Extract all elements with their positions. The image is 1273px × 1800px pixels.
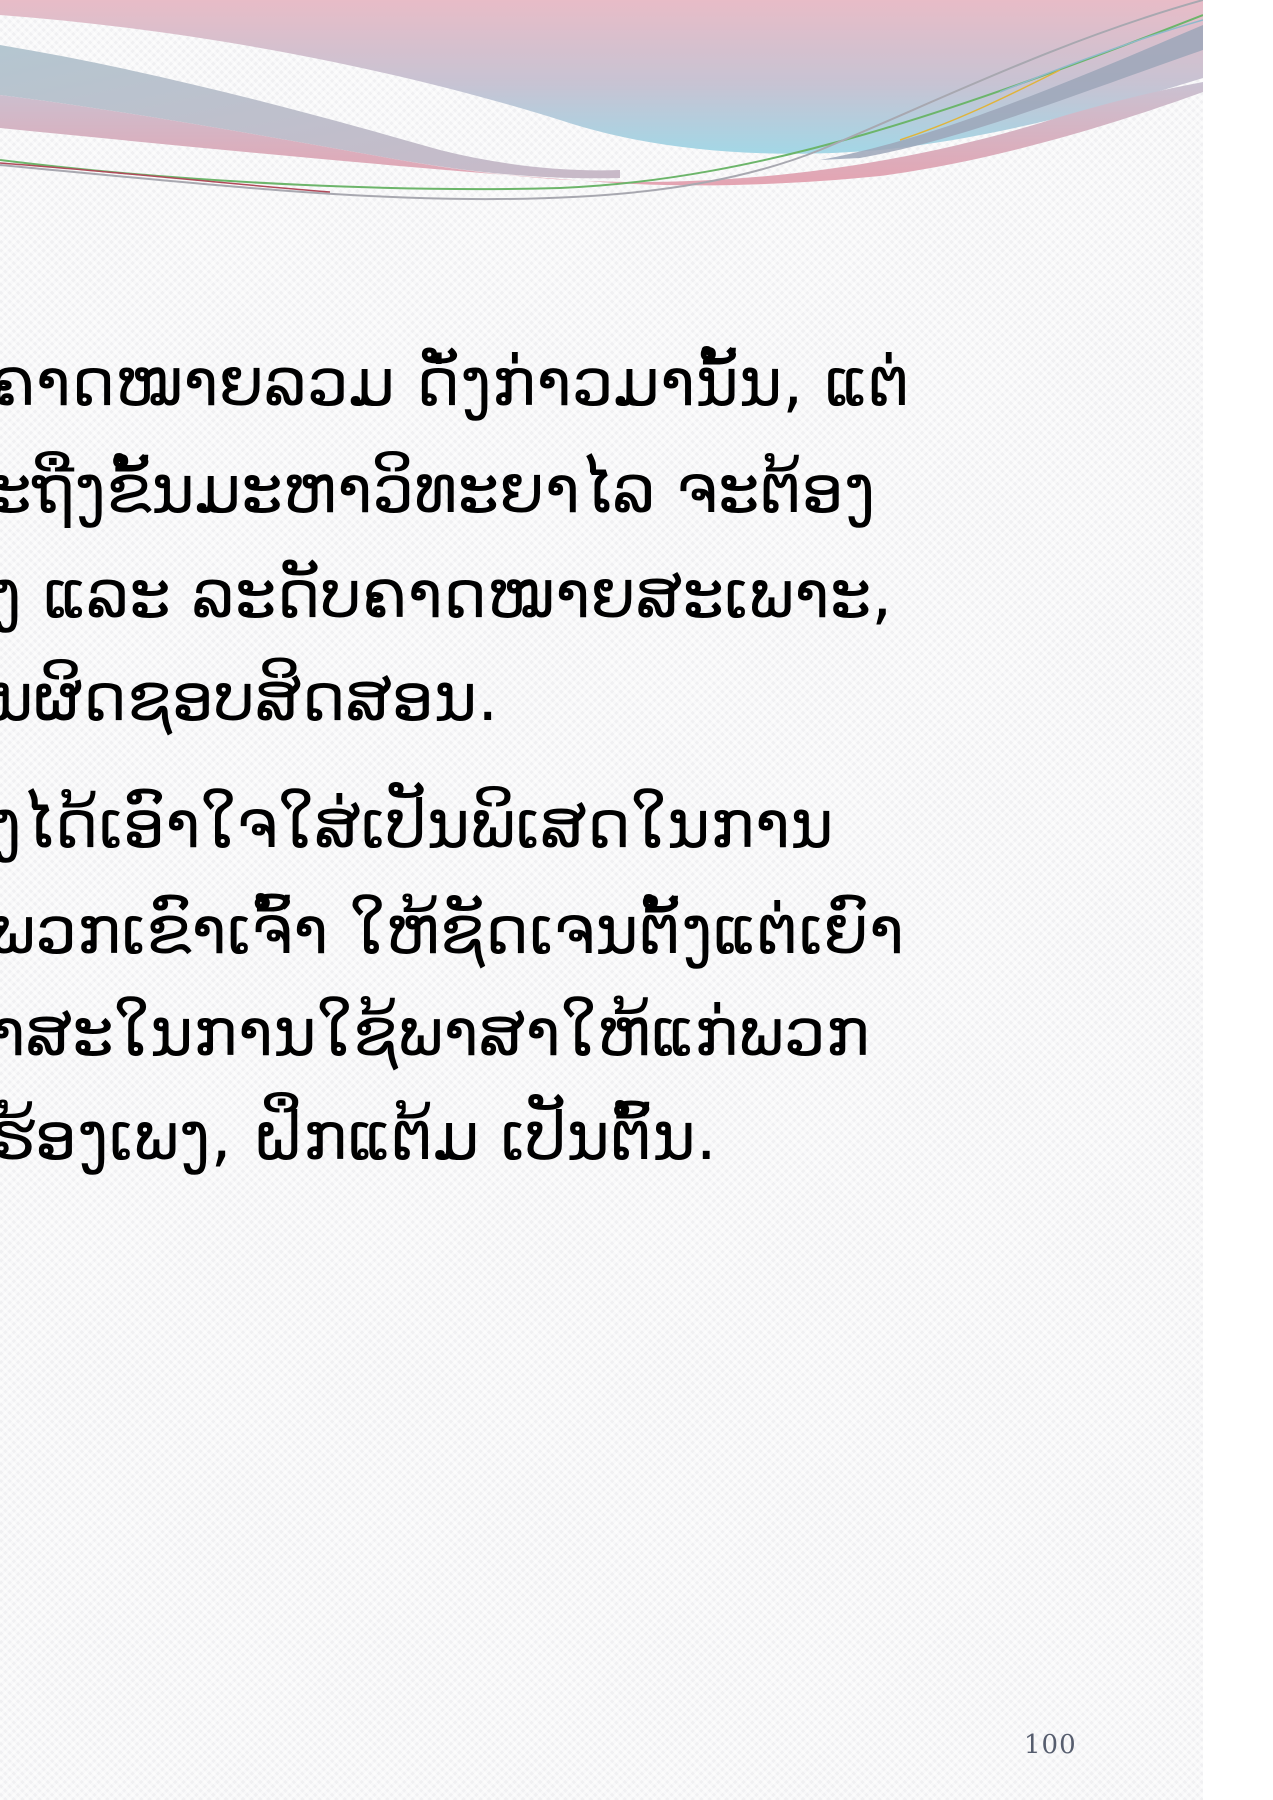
text-line: ນຜິດຊອບສິດສອນ.	[0, 665, 498, 731]
text-line: ຄາດໝາຍລວມ ດັ່ງກ່າວມານັ້ນ, ແຕ່	[0, 350, 910, 416]
text-line: ງ ແລະ ລະດັບຄາດໝາຍສະເພາະ,	[0, 562, 892, 628]
text-line: ຮ້ອງເພງ, ຝຶກແຕ້ມ ເປັນຕົ້ນ.	[0, 1104, 717, 1170]
text-line: າສະໃນການໃຊ້ພາສາໃຫ້ແກ່ພວກ	[0, 1000, 870, 1066]
text-line: ງໄດ້ເອົາໃຈໃສ່ເປັນພິເສດໃນການ	[0, 792, 834, 858]
text-line: ພວກເຂົາເຈົ້າ ໃຫ້ຊັດເຈນຕັ້ງແຕ່ເຍົາ	[0, 898, 904, 964]
text-line: ະຖືງຂັ້ນມະຫາວິທະຍາໄລ ຈະຕ້ອງ	[0, 457, 875, 523]
page-number: 100	[1024, 1730, 1077, 1760]
decorative-wave-header	[0, 0, 1203, 220]
slide: ຄາດໝາຍລວມ ດັ່ງກ່າວມານັ້ນ, ແຕ່ ະຖືງຂັ້ນມະ…	[0, 0, 1203, 1800]
